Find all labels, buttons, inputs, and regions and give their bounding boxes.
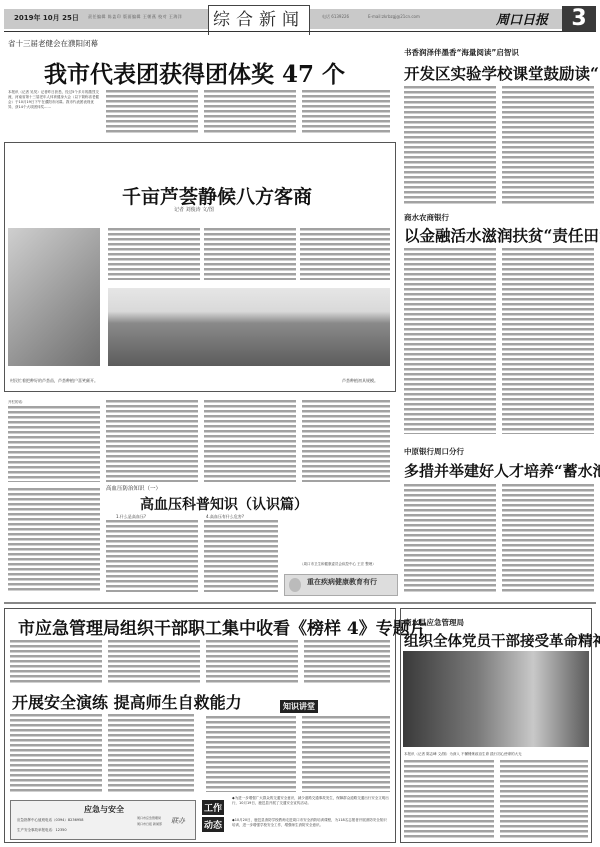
health-education-banner: 重在疾病健康教育有行 <box>284 574 398 596</box>
school-reading-headline: 开发区实验学校课堂鼓励读“闲书” <box>404 62 600 84</box>
shangshui-kicker: 商水县应急管理局 <box>404 617 464 628</box>
co-host-label: 联办 <box>171 816 185 826</box>
rural-bank-body-col1 <box>404 248 496 434</box>
rural-bank-body-col2 <box>502 248 594 434</box>
emergency-bureau-body-col3 <box>206 640 298 684</box>
banner-title: 重在疾病健康教育有行 <box>307 577 377 587</box>
reed-feature-body-col2 <box>204 228 296 280</box>
farmer-photo <box>8 228 100 366</box>
safety-drill-body-col2 <box>108 714 194 792</box>
emergency-bureau-body-col2 <box>108 640 200 684</box>
rural-bank-headline: 以金融活水滋润扶贫“责任田” <box>404 224 600 246</box>
senior-games-body-col4 <box>302 90 390 134</box>
senior-games-headline: 我市代表团获得团体奖 47 个 <box>44 56 345 89</box>
health-note-body <box>8 488 100 592</box>
work-update-item-2: ◆10月20日，鹿邑县消防学校教师走进周口市安全消防培训课程，为118名志愿者开… <box>232 818 390 838</box>
health-literacy-body-col1 <box>8 406 100 482</box>
reed-feature-body-col1 <box>108 228 200 280</box>
zhongyuan-bank-body-col2 <box>502 484 594 594</box>
rural-bank-kicker: 商水农商银行 <box>404 212 449 223</box>
emergency-info-box: 应急与安全 应急指挥中心值班电话（0394）8236958 生产安全事故举报电话… <box>10 800 196 840</box>
school-reading-body-col2 <box>502 86 594 204</box>
zhongyuan-bank-body-col1 <box>404 484 496 594</box>
knowledge-body-col2 <box>302 716 390 792</box>
shangshui-headline: 组织全体党员干部接受革命精神洗礼 <box>404 630 600 651</box>
hypertension-source: （周口市卫生和健康委员会疾控中心 王宏 整理） <box>300 562 376 567</box>
museum-visit-photo <box>403 651 589 747</box>
accident-report-hotline: 生产安全事故举报电话：12350 <box>17 828 67 833</box>
sponsor-2: 周口市日报 新闻部 <box>137 822 162 826</box>
emergency-info-title: 应急与安全 <box>11 804 197 815</box>
newspaper-logo: 周口日报 <box>496 9 548 28</box>
school-reading-kicker: 书香润泽伴墨香“海量阅读”启智识 <box>404 47 519 58</box>
header-rule <box>4 31 596 32</box>
zhongyuan-bank-headline: 多措并举建好人才培养“蓄水池” <box>404 460 600 481</box>
hypertension-body-col2 <box>204 520 278 592</box>
museum-photo-caption: 本报讯（记者 陈志峰 文/图）为深入 不懈锤炼政治生命 践行初心使命的大无 <box>404 752 590 757</box>
emergency-bureau-body-col1 <box>10 640 102 684</box>
health-literacy-body-col4 <box>302 400 390 482</box>
senior-games-body-col2 <box>106 90 198 134</box>
hypertension-headline: 高血压科普知识（认识篇） <box>140 494 308 514</box>
zhongyuan-bank-kicker: 中原银行周口分行 <box>404 446 464 457</box>
senior-games-body: 本报讯（记者 吴昊）记者昨日获悉，经过5个多月的激烈交流，河南省第十三届老年人体… <box>8 90 100 134</box>
reed-field-photo-caption: 芦荟种植初具规模。 <box>342 378 378 384</box>
section-divider <box>4 602 596 604</box>
mascot-icon <box>289 578 301 592</box>
header-email: E-mail:zkrbzgj@21cn.com <box>368 14 420 19</box>
school-reading-body-col1 <box>404 86 496 204</box>
safety-drill-headline: 开展安全演练 提高师生自救能力 <box>12 690 242 713</box>
emergency-hotline: 应急指挥中心值班电话（0394）8236958 <box>17 818 84 823</box>
work-updates-label-top: 工作 <box>202 800 224 815</box>
shangshui-body-col2 <box>500 760 588 840</box>
farmer-photo-caption: 村民忙着把种好的芦荟苗，芦荟种植户喜笑颜开。 <box>10 378 100 384</box>
page-number: 3 <box>562 6 596 32</box>
shangshui-body-col1 <box>404 760 494 840</box>
knowledge-body-col1 <box>206 716 296 792</box>
hypertension-body-col1 <box>106 520 198 592</box>
emergency-bureau-body-col4 <box>304 640 390 684</box>
reed-field-photo <box>108 288 390 366</box>
editors-credit: 责任编辑 陈盖印 版面编辑 王朝燕 校对 王海洋 <box>88 14 182 20</box>
issue-date: 2019年 10月 25日 <box>14 13 79 23</box>
health-literacy-body-col2 <box>106 400 198 482</box>
reed-feature-byline: 记者 刘俊涛 文/图 <box>174 206 214 213</box>
reed-feature-headline: 千亩芦荟静候八方客商 <box>122 182 312 209</box>
work-updates-label-bottom: 动态 <box>202 817 224 832</box>
emergency-bureau-headline: 市应急管理局组织干部职工集中收看《榜样 4》专题片 <box>18 614 427 639</box>
knowledge-corner-label: 知识讲堂 <box>280 700 318 713</box>
sponsor-1: 周口市应急管理局 <box>137 816 161 820</box>
reed-feature-body-col3 <box>300 228 390 280</box>
work-update-item-1: ◆为进一步增强广大群众的交通安全意识，减少道路交通事故发生，保障群众道路交通出行… <box>232 796 390 816</box>
safety-drill-body-col1 <box>10 714 102 792</box>
senior-games-body-col3 <box>204 90 296 134</box>
senior-games-kicker: 省十三届老健会在濮阳闭幕 <box>8 38 98 49</box>
hypertension-kicker: 高血压防治知识（一） <box>106 484 161 492</box>
health-literacy-body-col3 <box>204 400 296 482</box>
header-phone: 电话 6139226 <box>322 14 349 20</box>
